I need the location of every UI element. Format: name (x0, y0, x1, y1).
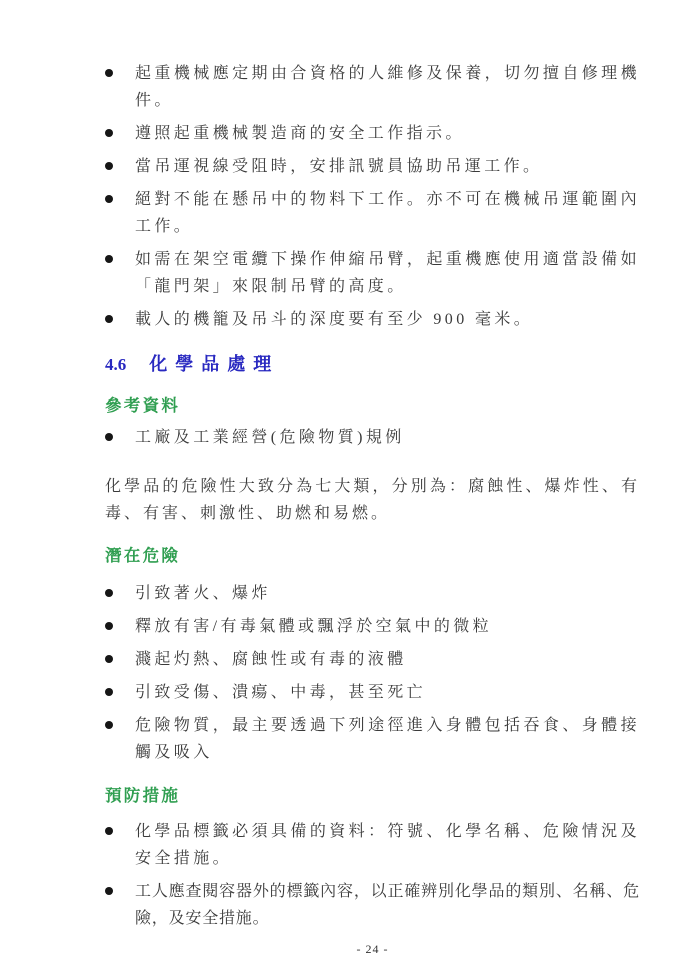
bullet-text: 引致受傷、潰瘍、中毒，甚至死亡 (135, 679, 640, 706)
bullet-icon (105, 646, 135, 673)
list-item: 化學品標籤必須具備的資料：符號、化學名稱、危險情況及安全措施。 (105, 818, 640, 872)
reference-bullet-list: 工廠及工業經營(危險物質)規例 (105, 424, 640, 451)
list-item: 遵照起重機械製造商的安全工作指示。 (105, 120, 640, 147)
list-item: 起重機械應定期由合資格的人維修及保養，切勿擅自修理機件。 (105, 60, 640, 114)
bullet-icon (105, 246, 135, 300)
list-item: 當吊運視線受阻時，安排訊號員協助吊運工作。 (105, 153, 640, 180)
bullet-icon (105, 306, 135, 333)
bullet-text: 工人應查閱容器外的標籤內容，以正確辨別化學品的類別、名稱、危險，及安全措施。 (135, 878, 640, 932)
bullet-text: 釋放有害/有毒氣體或飄浮於空氣中的微粒 (135, 613, 640, 640)
bullet-text: 引致著火、爆炸 (135, 580, 640, 607)
list-item: 釋放有害/有毒氣體或飄浮於空氣中的微粒 (105, 613, 640, 640)
bullet-text: 濺起灼熱、腐蝕性或有毒的液體 (135, 646, 640, 673)
bullet-icon (105, 818, 135, 872)
bullet-text: 起重機械應定期由合資格的人維修及保養，切勿擅自修理機件。 (135, 60, 640, 114)
list-item: 濺起灼熱、腐蝕性或有毒的液體 (105, 646, 640, 673)
list-item: 絕對不能在懸吊中的物料下工作。亦不可在機械吊運範圍內工作。 (105, 186, 640, 240)
section-heading: 4.6化學品處理 (105, 352, 640, 377)
bullet-icon (105, 613, 135, 640)
bullet-icon (105, 153, 135, 180)
precautions-heading: 預防措施 (105, 784, 640, 808)
hazards-heading: 潛在危險 (105, 544, 640, 568)
list-item: 工廠及工業經營(危險物質)規例 (105, 424, 640, 451)
bullet-icon (105, 878, 135, 932)
bullet-icon (105, 679, 135, 706)
intro-paragraph: 化學品的危險性大致分為七大類，分別為：腐蝕性、爆炸性、有毒、有害、刺激性、助燃和… (105, 473, 640, 527)
list-item: 載人的機籠及吊斗的深度要有至少 900 毫米。 (105, 306, 640, 333)
bullet-text: 如需在架空電纜下操作伸縮吊臂，起重機應使用適當設備如「龍門架」來限制吊臂的高度。 (135, 246, 640, 300)
bullet-text: 化學品標籤必須具備的資料：符號、化學名稱、危險情況及安全措施。 (135, 818, 640, 872)
list-item: 引致著火、爆炸 (105, 580, 640, 607)
list-item: 如需在架空電纜下操作伸縮吊臂，起重機應使用適當設備如「龍門架」來限制吊臂的高度。 (105, 246, 640, 300)
section-title: 化學品處理 (149, 354, 279, 374)
crane-bullet-list: 起重機械應定期由合資格的人維修及保養，切勿擅自修理機件。 遵照起重機械製造商的安… (105, 60, 640, 333)
hazards-bullet-list: 引致著火、爆炸 釋放有害/有毒氣體或飄浮於空氣中的微粒 濺起灼熱、腐蝕性或有毒的… (105, 580, 640, 766)
bullet-text: 載人的機籠及吊斗的深度要有至少 900 毫米。 (135, 306, 640, 333)
list-item: 工人應查閱容器外的標籤內容，以正確辨別化學品的類別、名稱、危險，及安全措施。 (105, 878, 640, 932)
bullet-icon (105, 424, 135, 451)
list-item: 危險物質，最主要透過下列途徑進入身體包括吞食、身體接觸及吸入 (105, 712, 640, 766)
reference-heading: 參考資料 (105, 394, 640, 418)
bullet-icon (105, 712, 135, 766)
page-number: - 24 - (105, 941, 640, 957)
list-item: 引致受傷、潰瘍、中毒，甚至死亡 (105, 679, 640, 706)
section-number: 4.6 (105, 355, 126, 374)
bullet-icon (105, 186, 135, 240)
document-page: 起重機械應定期由合資格的人維修及保養，切勿擅自修理機件。 遵照起重機械製造商的安… (0, 0, 693, 980)
bullet-text: 工廠及工業經營(危險物質)規例 (135, 424, 640, 451)
bullet-icon (105, 580, 135, 607)
bullet-text: 危險物質，最主要透過下列途徑進入身體包括吞食、身體接觸及吸入 (135, 712, 640, 766)
bullet-icon (105, 60, 135, 114)
bullet-icon (105, 120, 135, 147)
precautions-bullet-list: 化學品標籤必須具備的資料：符號、化學名稱、危險情況及安全措施。 工人應查閱容器外… (105, 818, 640, 932)
bullet-text: 遵照起重機械製造商的安全工作指示。 (135, 120, 640, 147)
bullet-text: 當吊運視線受阻時，安排訊號員協助吊運工作。 (135, 153, 640, 180)
bullet-text: 絕對不能在懸吊中的物料下工作。亦不可在機械吊運範圍內工作。 (135, 186, 640, 240)
